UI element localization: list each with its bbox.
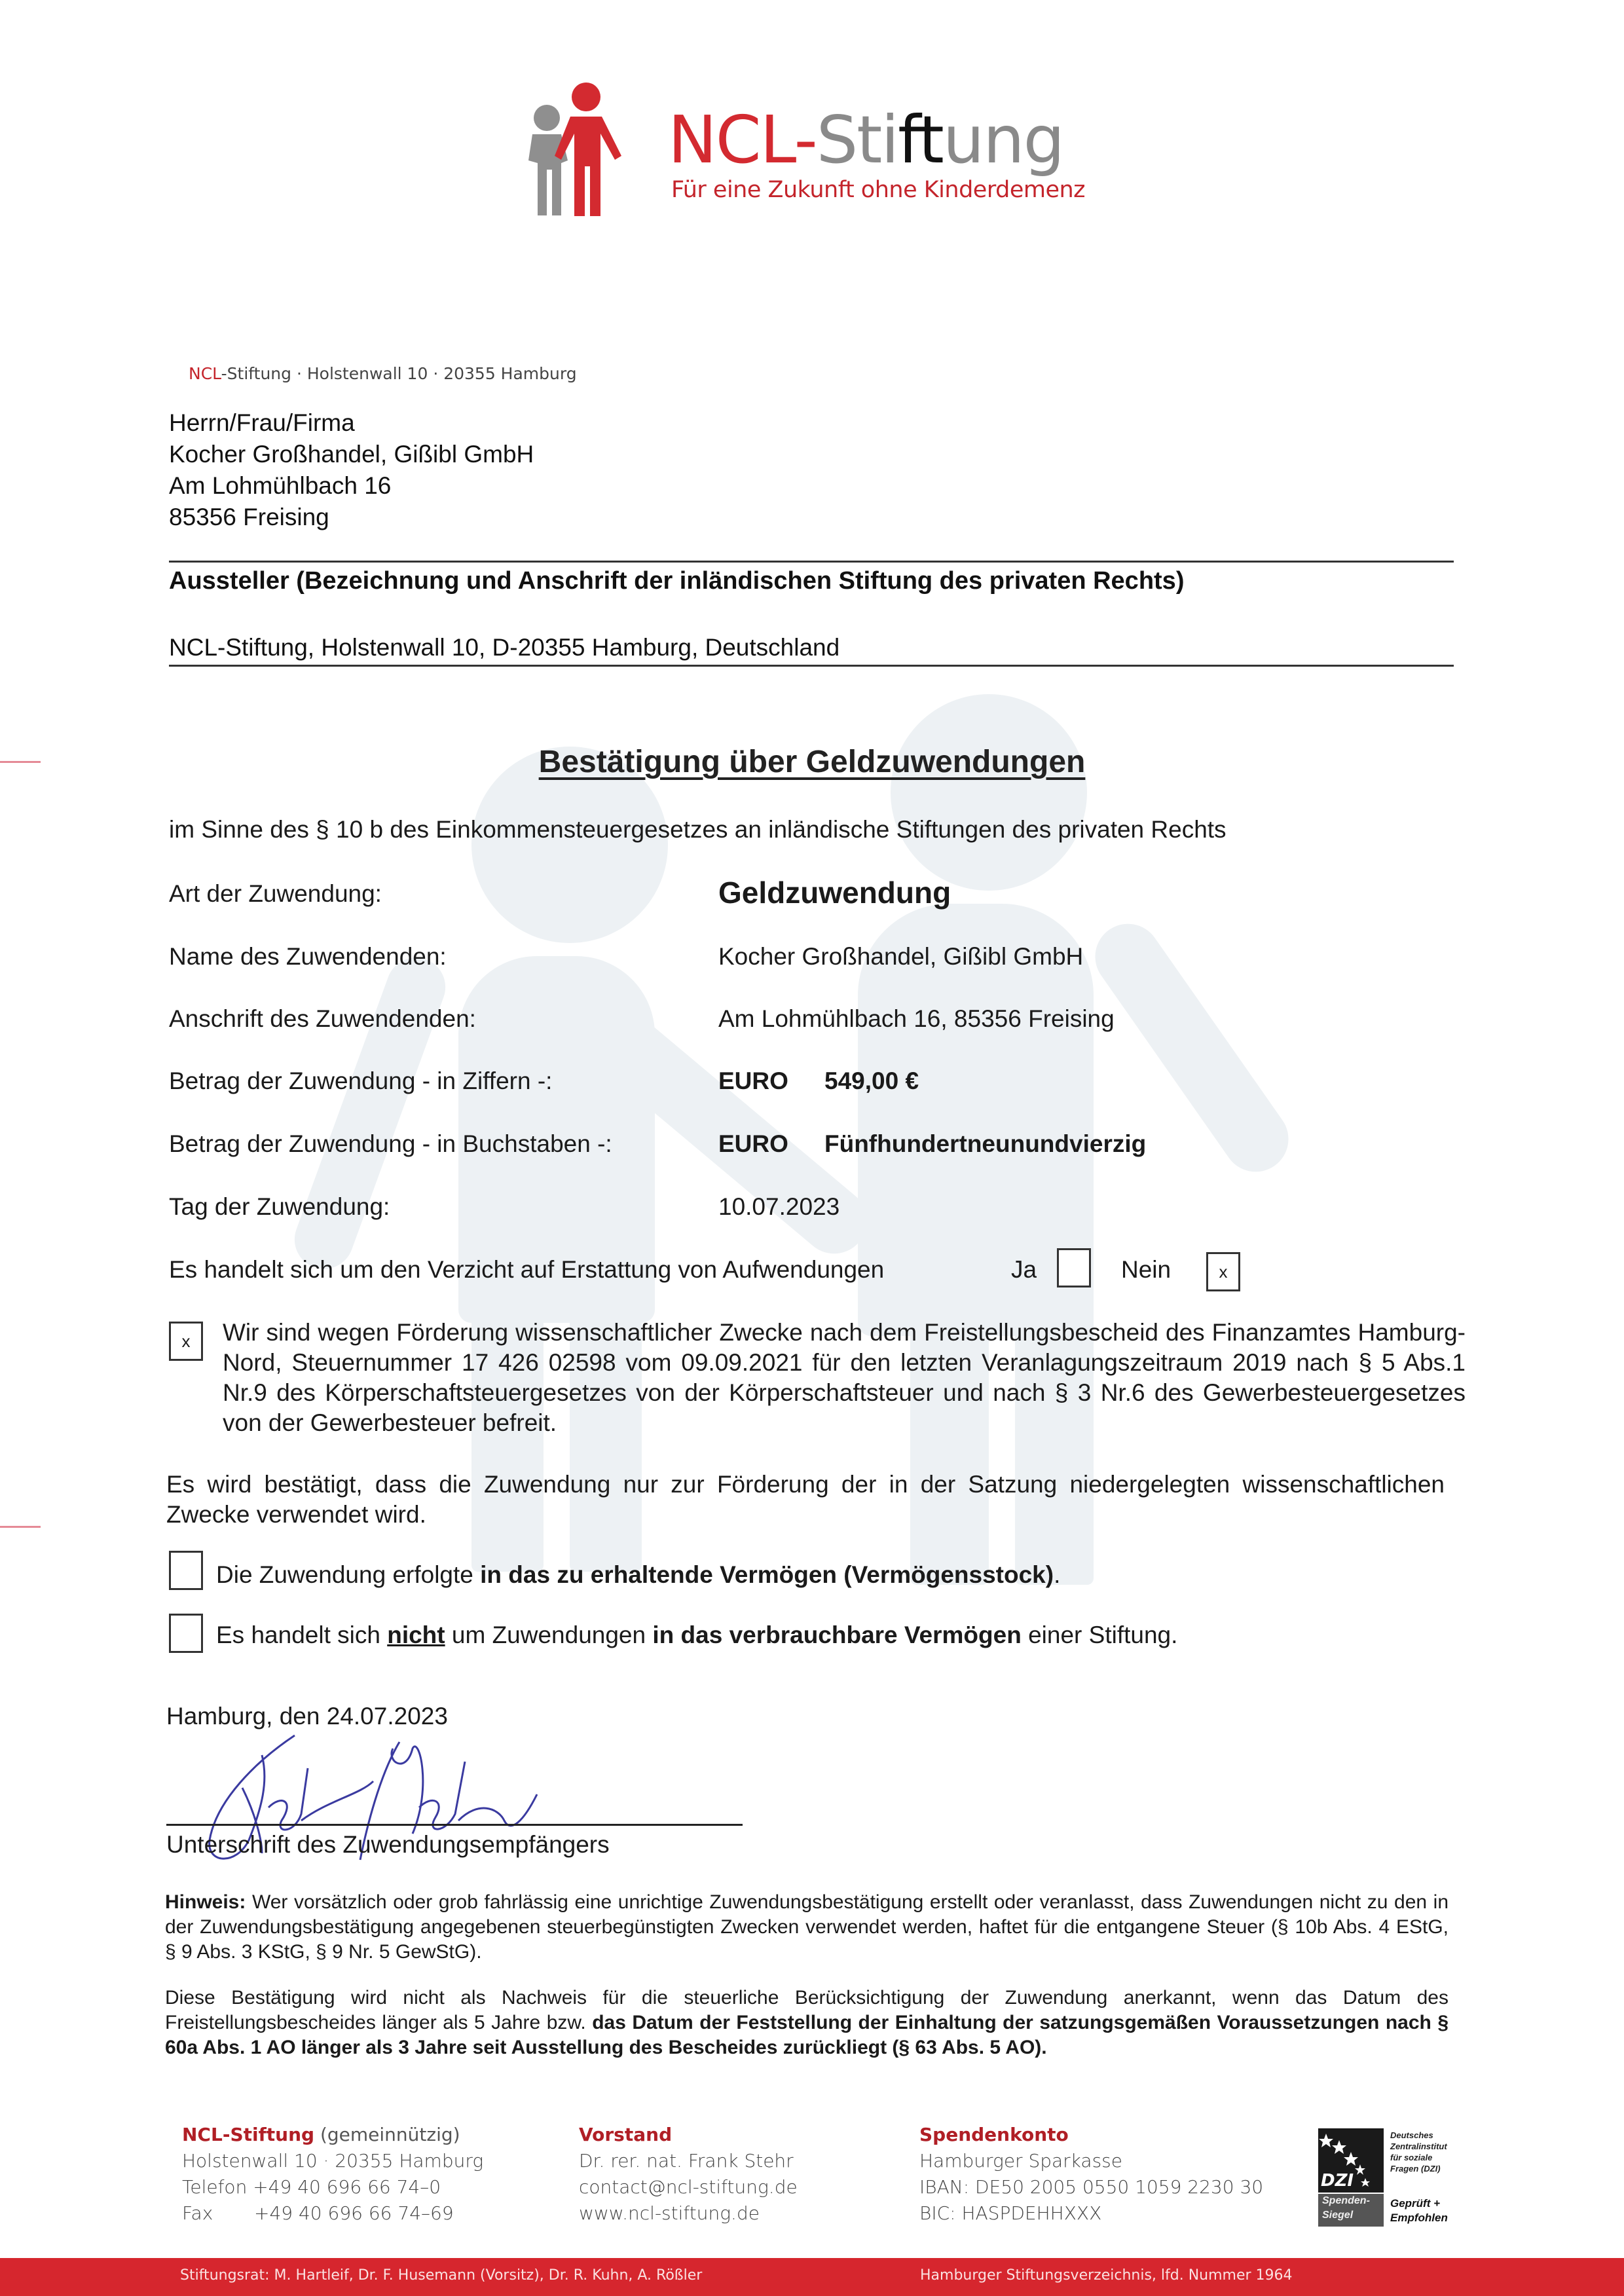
recipient-line: Am Lohmühlbach 16 (169, 470, 534, 502)
document-subtitle: im Sinne des § 10 b des Einkommensteuerg… (169, 816, 1227, 843)
recipient-line: Kocher Großhandel, Gißibl GmbH (169, 439, 534, 470)
sender-return-address: NCL-Stiftung · Holstenwall 10 · 20355 Ha… (189, 364, 577, 383)
liability-notice: Hinweis: Wer vorsätzlich oder grob fahrl… (165, 1890, 1449, 1965)
waiver-no-checkbox[interactable]: x (1206, 1252, 1240, 1291)
field-label-donor-address: Anschrift des Zuwendenden: (169, 1005, 476, 1033)
currency-label: EURO (718, 1130, 824, 1158)
recipient-line: 85356 Freising (169, 502, 534, 533)
svg-text:DZI: DZI (1321, 2171, 1354, 2191)
logo-title: NCL-Stiftung (668, 102, 1063, 178)
consumable-checkbox[interactable] (169, 1614, 203, 1653)
divider (169, 665, 1454, 667)
waiver-question: Es handelt sich um den Verzicht auf Erst… (169, 1256, 884, 1284)
fold-mark (0, 1526, 41, 1528)
dzi-logo: DZI (1318, 2128, 1384, 2193)
foundation-council: Stiftungsrat: M. Hartleif, Dr. F. Husema… (180, 2267, 702, 2284)
field-value-amount-words: EUROFünfhundertneunundvierzig (718, 1130, 1146, 1158)
endowment-option-text: Die Zuwendung erfolgte in das zu erhalte… (216, 1561, 1060, 1589)
currency-label: EURO (718, 1067, 824, 1095)
endowment-checkbox[interactable] (169, 1551, 203, 1590)
dzi-seal: DZI Spenden-Siegel Deutsches Zentralinst… (1318, 2128, 1475, 2227)
children-icon (514, 65, 671, 216)
field-label-date: Tag der Zuwendung: (169, 1193, 390, 1221)
foundation-registry: Hamburger Stiftungsverzeichnis, lfd. Num… (920, 2267, 1293, 2284)
field-value-donor-address: Am Lohmühlbach 16, 85356 Freising (718, 1005, 1115, 1033)
exemption-text: Wir sind wegen Förderung wissenschaftlic… (223, 1318, 1466, 1438)
validity-notice: Diese Bestätigung wird nicht als Nachwei… (165, 1986, 1449, 2060)
divider (169, 561, 1454, 563)
signature-line (166, 1824, 743, 1826)
stars-icon: DZI (1318, 2128, 1384, 2193)
signature-caption: Unterschrift des Zuwendungsempfängers (166, 1831, 610, 1859)
waiver-no-label: Nein (1121, 1256, 1171, 1284)
field-label-donor-name: Name des Zuwendenden: (169, 943, 447, 971)
issuer-heading: Aussteller (Bezeichnung und Anschrift de… (169, 567, 1184, 595)
confirmation-text: Es wird bestätigt, dass die Zuwendung nu… (166, 1470, 1445, 1530)
waiver-yes-checkbox[interactable] (1057, 1248, 1091, 1287)
logo-tagline: Für eine Zukunft ohne Kinderdemenz (671, 177, 1085, 203)
consumable-option-text: Es handelt sich nicht um Zuwendungen in … (216, 1621, 1177, 1649)
ncl-logo: NCL-Stiftung Für eine Zukunft ohne Kinde… (514, 65, 1143, 216)
email-link[interactable]: contact@ncl-stiftung.de (579, 2174, 798, 2200)
recipient-line: Herrn/Frau/Firma (169, 407, 534, 439)
dzi-approved: Geprüft +Empfohlen (1390, 2196, 1448, 2225)
issuer-value: NCL-Stiftung, Holstenwall 10, D-20355 Ha… (169, 634, 840, 661)
spenden-siegel: Spenden-Siegel (1318, 2194, 1384, 2227)
exemption-checkbox[interactable]: x (169, 1322, 203, 1361)
recipient-address: Herrn/Frau/Firma Kocher Großhandel, Gißi… (169, 407, 534, 533)
field-label-type: Art der Zuwendung: (169, 880, 382, 908)
field-value-donor-name: Kocher Großhandel, Gißibl GmbH (718, 943, 1083, 971)
waiver-yes-label: Ja (1011, 1256, 1037, 1284)
website-link[interactable]: www.ncl-stiftung.de (579, 2200, 798, 2227)
footer-board-info: Vorstand Dr. rer. nat. Frank Stehr conta… (579, 2122, 798, 2227)
dzi-institute-name: Deutsches Zentralinstitut für soziale Fr… (1390, 2130, 1447, 2174)
footer-org-info: NCL-Stiftung (gemeinnützig) Holstenwall … (182, 2122, 483, 2227)
document-title: Bestätigung über Geldzuwendungen (0, 744, 1624, 780)
field-value-amount-digits: EURO549,00 € (718, 1067, 919, 1095)
amount-words: Fünfhundertneunundvierzig (824, 1130, 1146, 1157)
field-label-amount-words: Betrag der Zuwendung - in Buchstaben -: (169, 1130, 612, 1158)
amount-digits: 549,00 € (824, 1067, 919, 1094)
field-value-date: 10.07.2023 (718, 1193, 840, 1221)
field-label-amount-digits: Betrag der Zuwendung - in Ziffern -: (169, 1067, 552, 1095)
footer-bank-info: Spendenkonto Hamburger Sparkasse IBAN: D… (919, 2122, 1263, 2227)
footer-bar: Stiftungsrat: M. Hartleif, Dr. F. Husema… (0, 2258, 1624, 2296)
field-value-type: Geldzuwendung (718, 875, 951, 910)
